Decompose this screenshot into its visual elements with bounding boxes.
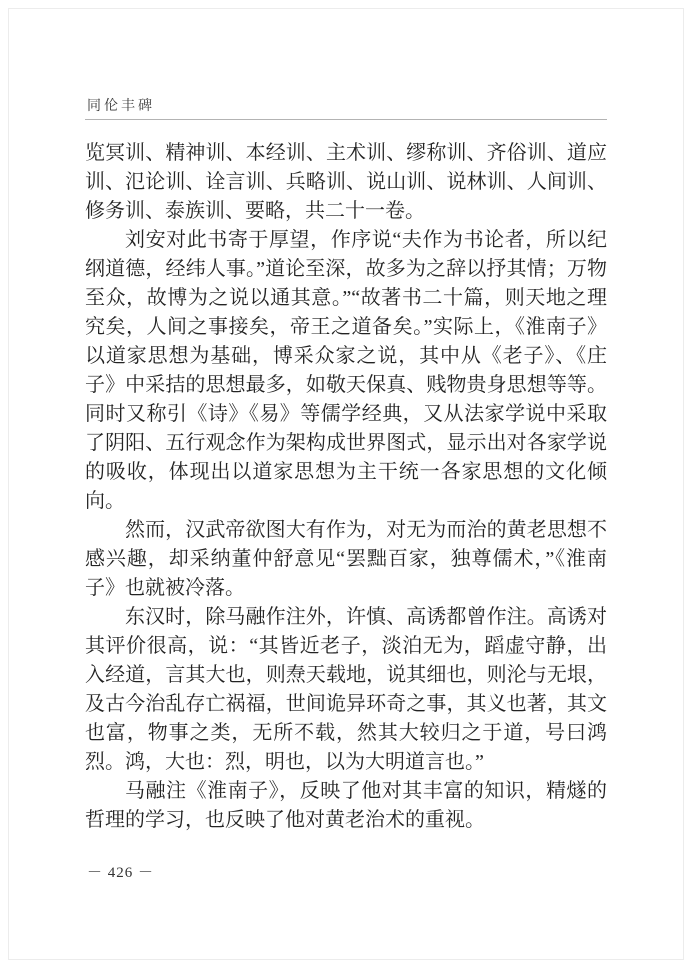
paragraph-han-wudi: 然而，汉武帝欲图大有作为，对无为而治的黄老思想不感兴趣，却采纳董仲舒意见“罢黜百…	[85, 516, 607, 603]
paragraph-ma-rong: 马融注《淮南子》，反映了他对其丰富的知识，精燧的哲理的学习，也反映了他对黄老治术…	[85, 777, 607, 835]
running-header-title: 同伦丰碑	[87, 95, 155, 115]
paragraph-eastern-han-commentary: 东汉时，除马融作注外，许慎、高诱都曾作注。高诱对其评价很高，说：“其皆近老子，淡…	[85, 603, 607, 777]
paragraph-chapter-list: 览冥训、精神训、本经训、主术训、缪称训、齐俗训、道应训、氾论训、诠言训、兵略训、…	[85, 139, 607, 226]
book-page: 同伦丰碑 览冥训、精神训、本经训、主术训、缪称训、齐俗训、道应训、氾论训、诠言训…	[0, 0, 692, 968]
page-number: － 426 －	[87, 861, 154, 882]
paragraph-liu-an-preface: 刘安对此书寄于厚望，作序说“夫作为书论者，所以纪纲道德，经纬人事。”道论至深，故…	[85, 226, 607, 516]
body-text: 览冥训、精神训、本经训、主术训、缪称训、齐俗训、道应训、氾论训、诠言训、兵略训、…	[85, 139, 607, 835]
header-rule	[85, 119, 607, 120]
